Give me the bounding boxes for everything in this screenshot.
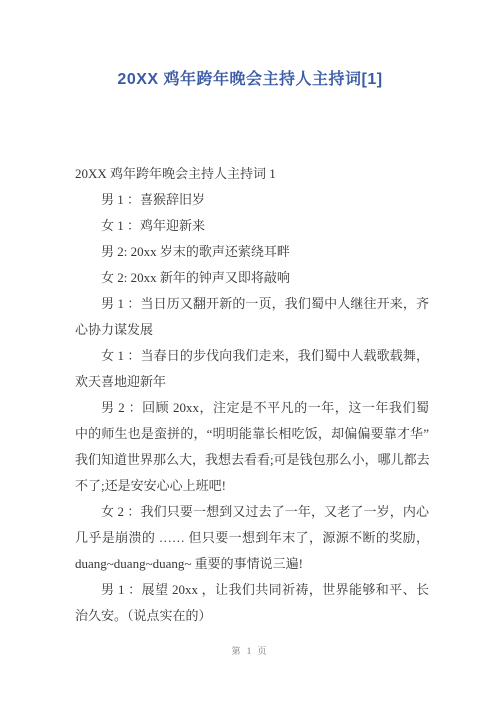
text-line: 心协力谋发展 [75, 317, 429, 343]
text-line: 男 1 ：喜猴辞旧岁 [75, 187, 429, 213]
text-line: 治久安。（说点实在的） [75, 603, 429, 629]
text-line: 男 1 ：展望 20xx ，让我们共同祈祷，世界能够和平、长 [75, 577, 429, 603]
text-line: 女 1 ：鸡年迎新来 [75, 213, 429, 239]
document-body: 20XX 鸡年跨年晚会主持人主持词 1男 1 ：喜猴辞旧岁女 1 ：鸡年迎新来男… [75, 161, 429, 629]
text-line: 20XX 鸡年跨年晚会主持人主持词 1 [75, 161, 429, 187]
document-page: 20XX 鸡年跨年晚会主持人主持词[1] 20XX 鸡年跨年晚会主持人主持词 1… [0, 0, 500, 708]
text-line: 女 2 ：我们只要一想到又过去了一年，又老了一岁，内心 [75, 499, 429, 525]
page-title: 20XX 鸡年跨年晚会主持人主持词[1] [0, 69, 500, 91]
text-line: 几乎是崩溃的 …… 但只要一想到年末了，源源不断的奖励， [75, 525, 429, 551]
text-line: 我们知道世界那么大，我想去看看;可是钱包那么小，哪儿都去 [75, 447, 429, 473]
page-footer: 第 1 页 [0, 644, 500, 658]
page-number-label: 第 1 页 [231, 646, 268, 656]
text-line: 中的师生也是蛮拼的，“明明能靠长相吃饭，却偏偏要靠才华” [75, 421, 429, 447]
text-line: 不了;还是安安心心上班吧! [75, 473, 429, 499]
text-line: 男 1 ：当日历又翻开新的一页，我们蜀中人继往开来，齐 [75, 291, 429, 317]
text-line: duang~duang~duang~ 重要的事情说三遍! [75, 551, 429, 577]
text-line: 欢天喜地迎新年 [75, 369, 429, 395]
text-line: 女 1 ：当春日的步伐向我们走来，我们蜀中人载歌载舞， [75, 343, 429, 369]
text-line: 男 2 ：回顾 20xx，注定是不平凡的一年，这一年我们蜀 [75, 395, 429, 421]
text-line: 男 2: 20xx 岁末的歌声还萦绕耳畔 [75, 239, 429, 265]
text-line: 女 2: 20xx 新年的钟声又即将敲响 [75, 265, 429, 291]
